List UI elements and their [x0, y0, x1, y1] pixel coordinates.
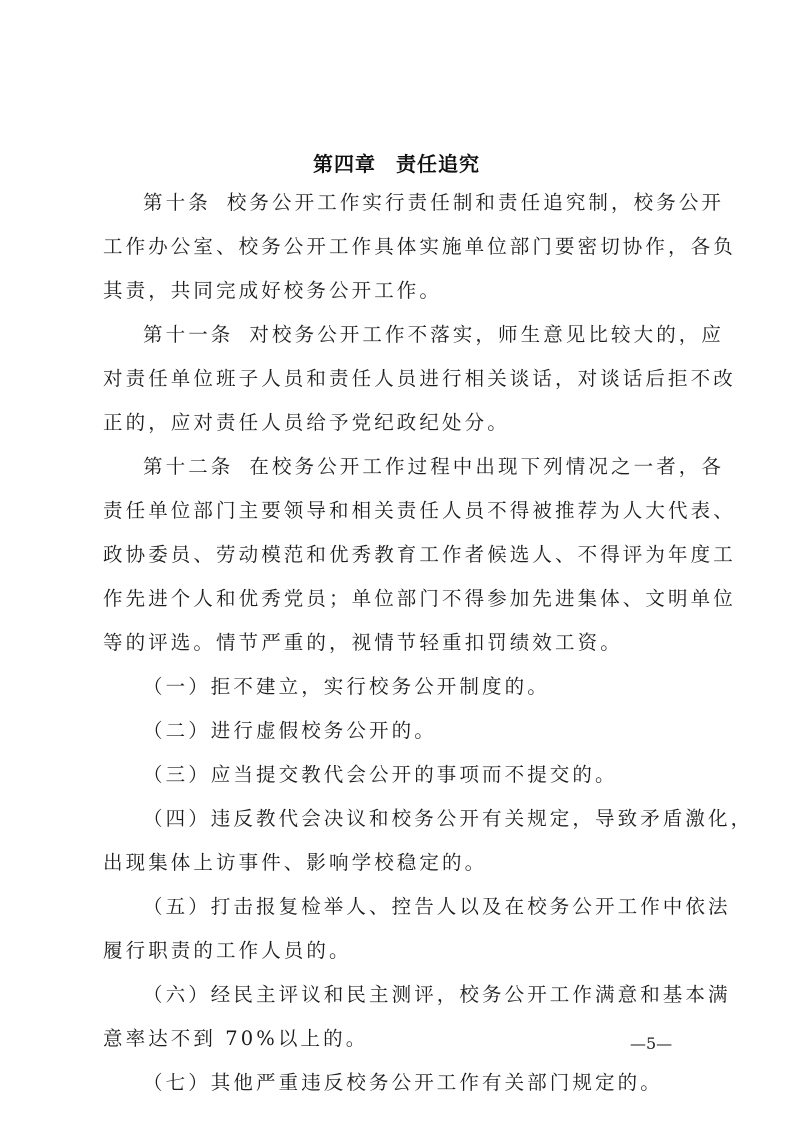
- document-page: 第四章责任追究 第十条校务公开工作实行责任制和责任追究制，校务公开 工作办公室、…: [0, 0, 793, 1122]
- article-12-line-2: 责任单位部门主要领导和相关责任人员不得被推荐为人大代表、: [103, 498, 703, 524]
- article-label: 第十条: [143, 191, 211, 214]
- article-label: 第十二条: [143, 455, 233, 478]
- article-text: 对校务公开工作不落实，师生意见比较大的，应: [249, 323, 724, 346]
- chapter-number: 第四章: [313, 152, 376, 176]
- article-text: 在校务公开工作过程中出现下列情况之一者，各: [249, 455, 724, 478]
- article-10-line-2: 工作办公室、校务公开工作具体实施单位部门要密切协作，各负: [103, 234, 703, 260]
- page-number: —5—: [630, 1034, 672, 1053]
- item-4-line-1: （四）违反教代会决议和校务公开有关规定，导致矛盾激化，: [143, 806, 743, 832]
- item-6-line-2: 意率达不到 70%以上的。: [103, 1026, 703, 1052]
- article-12-line-5: 等的评选。情节严重的，视情节轻重扣罚绩效工资。: [103, 630, 703, 656]
- article-11-line-3: 正的，应对责任人员给予党纪政纪处分。: [103, 410, 703, 436]
- item-2: （二）进行虚假校务公开的。: [143, 718, 743, 744]
- item-5-line-1: （五）打击报复检举人、控告人以及在校务公开工作中依法: [143, 894, 743, 920]
- article-11-line-2: 对责任单位班子人员和责任人员进行相关谈话，对谈话后拒不改: [103, 366, 703, 392]
- article-11-line-1: 第十一条对校务公开工作不落实，师生意见比较大的，应: [143, 322, 743, 348]
- chapter-title: 第四章责任追究: [0, 148, 793, 177]
- article-12-line-4: 作先进个人和优秀党员；单位部门不得参加先进集体、文明单位: [103, 586, 703, 612]
- article-label: 第十一条: [143, 323, 233, 346]
- article-12-line-3: 政协委员、劳动模范和优秀教育工作者候选人、不得评为年度工: [103, 542, 703, 568]
- article-10-line-3: 其责，共同完成好校务公开工作。: [103, 278, 703, 304]
- chapter-name: 责任追究: [396, 152, 480, 176]
- item-1: （一）拒不建立，实行校务公开制度的。: [143, 674, 743, 700]
- article-text: 校务公开工作实行责任制和责任追究制，校务公开: [227, 191, 724, 214]
- item-5-line-2: 履行职责的工作人员的。: [103, 938, 703, 964]
- item-3: （三）应当提交教代会公开的事项而不提交的。: [143, 762, 743, 788]
- article-10-line-1: 第十条校务公开工作实行责任制和责任追究制，校务公开: [143, 190, 743, 216]
- item-7: （七）其他严重违反校务公开工作有关部门规定的。: [143, 1070, 743, 1096]
- item-6-line-1: （六）经民主评议和民主测评，校务公开工作满意和基本满: [143, 982, 743, 1008]
- article-12-line-1: 第十二条在校务公开工作过程中出现下列情况之一者，各: [143, 454, 743, 480]
- item-4-line-2: 出现集体上访事件、影响学校稳定的。: [103, 850, 703, 876]
